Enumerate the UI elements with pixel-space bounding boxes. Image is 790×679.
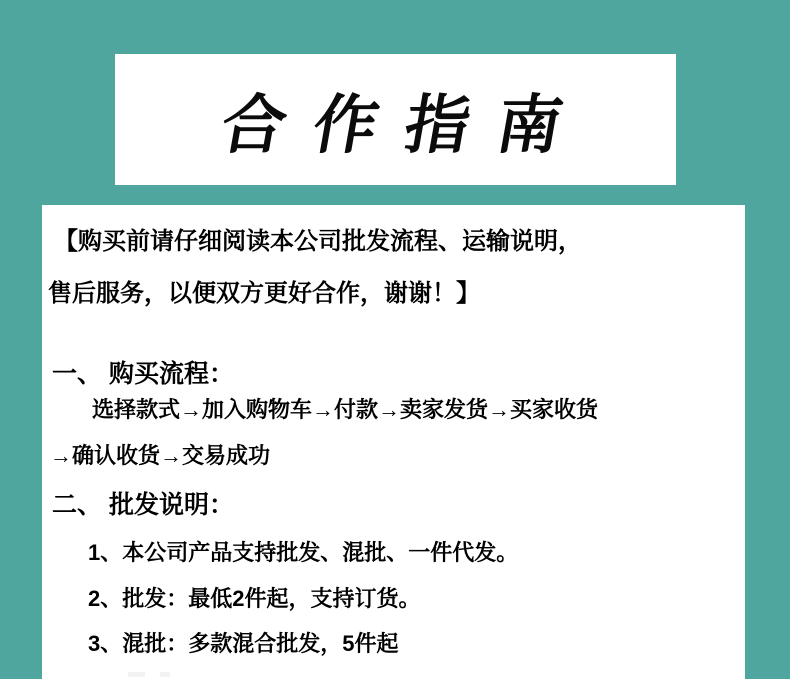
cooperation-guide-page: 合 作 指 南 【购买前请仔细阅读本公司批发流程、运输说明， 售后服务，以便双方… bbox=[0, 0, 790, 679]
section-heading-purchase-flow: 一、 购买流程： bbox=[52, 354, 234, 390]
purchase-flow-steps-line: 选择款式→加入购物车→付款→卖家发货→买家收货 bbox=[92, 393, 598, 424]
cutoff-next-line-hint bbox=[160, 672, 170, 677]
cutoff-next-line-hint bbox=[128, 672, 145, 677]
wholesale-item: 1、本公司产品支持批发、混批、一件代发。 bbox=[88, 536, 518, 567]
content-panel: 【购买前请仔细阅读本公司批发流程、运输说明， 售后服务，以便双方更好合作，谢谢！… bbox=[42, 205, 745, 679]
wholesale-item: 2、批发：最低2件起，支持订货。 bbox=[88, 582, 420, 613]
page-title: 合 作 指 南 bbox=[215, 74, 576, 166]
wholesale-item: 3、混批：多款混合批发，5件起 bbox=[88, 627, 398, 658]
intro-line: 售后服务，以便双方更好合作，谢谢！】 bbox=[48, 273, 480, 308]
title-banner: 合 作 指 南 bbox=[115, 54, 676, 185]
purchase-flow-steps-line: →确认收货→交易成功 bbox=[50, 439, 270, 470]
intro-line: 【购买前请仔细阅读本公司批发流程、运输说明， bbox=[54, 221, 582, 256]
section-heading-wholesale-notes: 二、 批发说明： bbox=[52, 485, 234, 521]
